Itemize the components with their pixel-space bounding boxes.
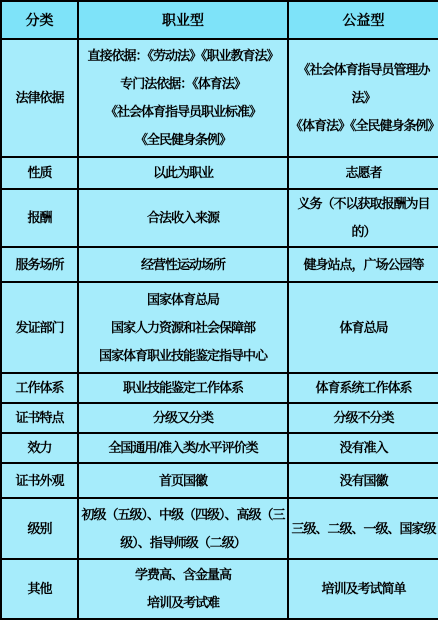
public-value-cell: 健身站点，广场公园等 [288,247,438,282]
professional-value-cell: 初级（五级）、中级（四级）、高级（三级）、指导师级（二级） [78,498,288,559]
professional-value-cell: 全国通用/准入类/水平评价类 [78,433,288,463]
row-label-cell: 证书特点 [1,403,78,433]
professional-value-cell: 直接依据：《劳动法》《职业教育法》 专门法依据：《体育法》 《社会体育指导员职业… [78,39,288,157]
public-value-cell: 分级不分类 [288,403,438,433]
row-label-cell: 级别 [1,498,78,559]
header-col-professional: 职业型 [78,1,288,39]
table-row-level: 级别 初级（五级）、中级（四级）、高级（三级）、指导师级（二级） 三级、二级、一… [1,498,438,559]
public-value-cell: 体育总局 [288,282,438,373]
public-value-cell: 没有准入 [288,433,438,463]
public-value-cell: 培训及考试简单 [288,559,438,619]
professional-value-cell: 国家体育总局 国家人力资源和社会保障部 国家体育职业技能鉴定指导中心 [78,282,288,373]
table-header-row: 分类 职业型 公益型 [1,1,438,39]
public-value-cell: 《社会体育指导员管理办法》 《体育法》《全民健身条例》 [288,39,438,157]
row-label-cell: 法律依据 [1,39,78,157]
instructor-comparison-table: 分类 职业型 公益型 法律依据 直接依据：《劳动法》《职业教育法》 专门法依据：… [0,0,438,620]
public-value-cell: 体育系统工作体系 [288,373,438,403]
table-row-remuneration: 报酬 合法收入来源 义务（不以获取报酬为目的） [1,189,438,247]
professional-value-cell: 分级又分类 [78,403,288,433]
row-label-cell: 其他 [1,559,78,619]
table-row-other: 其他 学费高、含金量高 培训及考试难 培训及考试简单 [1,559,438,619]
table-row-certificate-feature: 证书特点 分级又分类 分级不分类 [1,403,438,433]
row-label-cell: 报酬 [1,189,78,247]
professional-value-cell: 学费高、含金量高 培训及考试难 [78,559,288,619]
row-label-cell: 工作体系 [1,373,78,403]
public-value-cell: 志愿者 [288,157,438,189]
professional-value-cell: 职业技能鉴定工作体系 [78,373,288,403]
public-value-cell: 三级、二级、一级、国家级 [288,498,438,559]
header-col-public: 公益型 [288,1,438,39]
professional-value-cell: 合法收入来源 [78,189,288,247]
row-label-cell: 发证部门 [1,282,78,373]
public-value-cell: 义务（不以获取报酬为目的） [288,189,438,247]
table-row-nature: 性质 以此为职业 志愿者 [1,157,438,189]
row-label-cell: 效力 [1,433,78,463]
table-row-legal-basis: 法律依据 直接依据：《劳动法》《职业教育法》 专门法依据：《体育法》 《社会体育… [1,39,438,157]
table-row-service-place: 服务场所 经营性运动场所 健身站点，广场公园等 [1,247,438,282]
table-row-validity: 效力 全国通用/准入类/水平评价类 没有准入 [1,433,438,463]
table-row-issuing-department: 发证部门 国家体育总局 国家人力资源和社会保障部 国家体育职业技能鉴定指导中心 … [1,282,438,373]
table-row-work-system: 工作体系 职业技能鉴定工作体系 体育系统工作体系 [1,373,438,403]
professional-value-cell: 首页国徽 [78,463,288,498]
table-row-certificate-appearance: 证书外观 首页国徽 没有国徽 [1,463,438,498]
header-col-category: 分类 [1,1,78,39]
professional-value-cell: 以此为职业 [78,157,288,189]
row-label-cell: 服务场所 [1,247,78,282]
professional-value-cell: 经营性运动场所 [78,247,288,282]
public-value-cell: 没有国徽 [288,463,438,498]
row-label-cell: 性质 [1,157,78,189]
row-label-cell: 证书外观 [1,463,78,498]
